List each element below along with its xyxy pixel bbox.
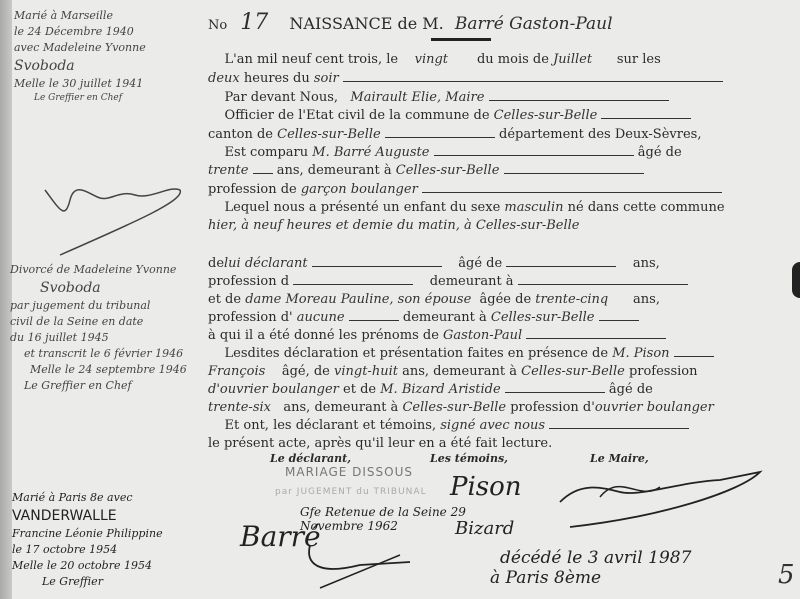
witness-1-profession: d'ouvrier boulanger: [208, 382, 339, 397]
death-note-line-1: décédé le 3 avril 1987: [500, 548, 691, 568]
body-line-21: le présent acte, après qu'il leur en a é…: [208, 436, 788, 451]
margin-line: Francine Léonie Philippine: [12, 526, 242, 542]
body-line-14: profession d' aucune demeurant à Celles-…: [208, 310, 788, 325]
text: ans, demeurant à: [283, 400, 398, 415]
commune-value: Celles-sur-Belle: [494, 108, 598, 123]
margin-line: civil de la Seine en date: [10, 314, 210, 330]
text: sur les: [617, 52, 661, 67]
mother-name: dame Moreau Pauline, son épouse: [245, 292, 471, 307]
text: ans,: [633, 292, 660, 307]
fill-line: [422, 192, 722, 193]
text: demeurant à: [430, 274, 514, 289]
mother-residence: Celles-sur-Belle: [491, 310, 595, 325]
body-line-3: Par devant Nous, Mairault Elie, Maire: [208, 90, 788, 105]
fill-line: [489, 100, 669, 101]
signature-witness: Pison: [450, 472, 522, 502]
body-line-4: Officier de l'Etat civil de la commune d…: [208, 108, 788, 123]
margin-line: VANDERWALLE: [12, 506, 242, 526]
declarant-age: trente: [208, 163, 248, 178]
witness-1-firstname: François: [208, 364, 265, 379]
fill-line: [506, 266, 616, 267]
body-line-2: deux heures du soir: [208, 71, 788, 86]
body-line-18: d'ouvrier boulanger et de M. Bizard Aris…: [208, 382, 788, 397]
signature-witness-2: Bizard: [455, 518, 514, 539]
text: de: [208, 256, 224, 271]
body-line-15: à qui il a été donné les prénoms de Gast…: [208, 328, 788, 343]
text: L'an mil neuf cent trois, le: [225, 52, 399, 67]
margin-line: Le Greffier: [12, 574, 242, 590]
label-witnesses: Les témoins,: [430, 452, 508, 465]
body-line-9: Lequel nous a présenté un enfant du sexe…: [208, 200, 788, 215]
body-line-17: François âgé, de vingt-huit ans, demeura…: [208, 364, 788, 379]
witness-2-name: M. Bizard Aristide: [380, 382, 500, 397]
mother-profession: aucune: [297, 310, 345, 325]
mother-age: trente-cinq: [535, 292, 608, 307]
margin-line: Le Greffier en Chef: [10, 378, 210, 394]
witness-1-age: vingt-huit: [334, 364, 398, 379]
fill-line: [674, 356, 714, 357]
birth-details: hier, à neuf heures et demie du matin, à…: [208, 218, 580, 233]
margin-line: et transcrit le 6 février 1946: [10, 346, 210, 362]
day-value: vingt: [415, 52, 448, 67]
text: Officier de l'Etat civil de la commune d…: [225, 108, 490, 123]
witness-1-name: M. Pison: [612, 346, 669, 361]
margin-line: du 16 juillet 1945: [10, 330, 210, 346]
act-title: NAISSANCE de M.: [289, 14, 443, 33]
text: profession d: [208, 274, 289, 289]
text: Lesdites déclaration et présentation fai…: [225, 346, 609, 361]
stamp-tribunal: par JUGEMENT du TRIBUNAL: [275, 487, 427, 497]
fill-line: [343, 81, 723, 82]
text: département des Deux-Sèvres,: [499, 127, 701, 142]
text: le présent acte, après qu'il leur en a é…: [208, 436, 552, 451]
text: Lequel nous a présenté un enfant du sexe: [225, 200, 501, 215]
fill-line: [434, 155, 634, 156]
month-value: Juillet: [553, 52, 592, 67]
body-line-12: profession d demeurant à: [208, 274, 788, 289]
margin-line: par jugement du tribunal: [10, 298, 210, 314]
margin-line: avec Madeleine Yvonne: [14, 40, 194, 56]
text: âgée de: [480, 292, 532, 307]
period-value: soir: [314, 71, 339, 86]
body-line-13: et de dame Moreau Pauline, son épouse âg…: [208, 292, 788, 307]
title-underline: [431, 38, 491, 41]
body-line-16: Lesdites déclaration et présentation fai…: [208, 346, 788, 361]
text: ans, demeurant à: [277, 163, 392, 178]
body-line-20: Et ont, les déclarant et témoins, signé …: [208, 418, 788, 433]
text: âgé de: [609, 382, 653, 397]
text: âgé, de: [282, 364, 330, 379]
body-line-10: hier, à neuf heures et demie du matin, à…: [208, 218, 788, 233]
binding-hole: [792, 262, 800, 298]
child-sex: masculin: [504, 200, 563, 215]
signature-statement: signé avec nous: [440, 418, 545, 433]
witness-2-profession: ouvrier boulanger: [595, 400, 714, 415]
body-line-19: trente-six ans, demeurant à Celles-sur-B…: [208, 400, 788, 415]
officer-value: Mairault Elie, Maire: [350, 90, 484, 105]
act-number: 17: [240, 10, 268, 35]
text: profession: [629, 364, 698, 379]
body-line-8: profession de garçon boulanger: [208, 182, 788, 197]
text: Est comparu: [225, 145, 309, 160]
margin-note-marriage-2: Marié à Paris 8e avec VANDERWALLE Franci…: [12, 490, 242, 590]
text: du mois de: [477, 52, 549, 67]
body-line-6: Est comparu M. Barré Auguste âgé de: [208, 145, 788, 160]
act-number-label: No: [208, 18, 227, 33]
margin-line: Marié à Paris 8e avec: [12, 490, 242, 506]
witness-1-residence: Celles-sur-Belle: [521, 364, 625, 379]
margin-note-marriage-1: Marié à Marseille le 24 Décembre 1940 av…: [14, 8, 194, 105]
father-ref: lui déclarant: [224, 256, 308, 271]
text: heures du: [244, 71, 310, 86]
text: profession de: [208, 182, 297, 197]
witness-2-residence: Celles-sur-Belle: [402, 400, 506, 415]
signature-mayor: [540, 462, 780, 532]
text: âgé de: [458, 256, 502, 271]
margin-line: Le Greffier en Chef: [14, 92, 194, 105]
text: ans,: [633, 256, 660, 271]
margin-line: le 17 octobre 1954: [12, 542, 242, 558]
fill-line: [253, 173, 273, 174]
text: et de: [208, 292, 241, 307]
fill-line: [549, 428, 689, 429]
fill-line: [599, 320, 639, 321]
death-note-line-2: à Paris 8ème: [490, 568, 601, 588]
signature-flourish: [300, 540, 420, 590]
fill-line: [601, 118, 691, 119]
declarant-profession: garçon boulanger: [301, 182, 418, 197]
margin-line: Marié à Marseille: [14, 8, 194, 24]
canton-value: Celles-sur-Belle: [277, 127, 381, 142]
fill-line: [504, 173, 644, 174]
margin-line: Melle le 20 octobre 1954: [12, 558, 242, 574]
hour-value: deux: [208, 71, 240, 86]
margin-line: Melle le 24 septembre 1946: [10, 362, 210, 378]
text: né dans cette commune: [568, 200, 725, 215]
subject-name: Barré Gaston-Paul: [455, 14, 613, 34]
margin-line: le 24 Décembre 1940: [14, 24, 194, 40]
text: Par devant Nous,: [225, 90, 338, 105]
margin-line: Svoboda: [10, 278, 210, 298]
body-line-11: delui déclarant âgé de ans,: [208, 256, 788, 271]
text: âgé de: [638, 145, 682, 160]
text: ans, demeurant à: [402, 364, 517, 379]
fill-line: [518, 284, 688, 285]
fill-line: [526, 338, 666, 339]
margin-line: Svoboda: [14, 56, 194, 76]
margin-line: Melle le 30 juillet 1941: [14, 76, 194, 92]
body-line-1: L'an mil neuf cent trois, le vingt du mo…: [208, 52, 788, 67]
margin-signature-scribble: [40, 180, 190, 260]
child-given-names: Gaston-Paul: [443, 328, 522, 343]
declarant-name: M. Barré Auguste: [312, 145, 429, 160]
text: demeurant à: [403, 310, 487, 325]
page-number: 5: [778, 560, 795, 590]
stamp-mariage-dissous: MARIAGE DISSOUS: [285, 465, 413, 479]
fill-line: [385, 137, 495, 138]
text: Et ont, les déclarant et témoins,: [225, 418, 437, 433]
fill-line: [293, 284, 413, 285]
margin-line: Divorcé de Madeleine Yvonne: [10, 262, 210, 278]
declarant-residence: Celles-sur-Belle: [396, 163, 500, 178]
act-header: No 17 NAISSANCE de M. Barré Gaston-Paul: [208, 10, 613, 35]
label-declarant: Le déclarant,: [270, 452, 351, 465]
body-line-7: trente ans, demeurant à Celles-sur-Belle: [208, 163, 788, 178]
text: canton de: [208, 127, 273, 142]
witness-2-age: trente-six: [208, 400, 271, 415]
fill-line: [312, 266, 442, 267]
text: et de: [343, 382, 376, 397]
body-line-5: canton de Celles-sur-Belle département d…: [208, 127, 788, 142]
text: à qui il a été donné les prénoms de: [208, 328, 439, 343]
margin-note-divorce: Divorcé de Madeleine Yvonne Svoboda par …: [10, 262, 210, 394]
text: profession d': [208, 310, 293, 325]
fill-line: [505, 392, 605, 393]
fill-line: [349, 320, 399, 321]
text: profession d': [510, 400, 595, 415]
